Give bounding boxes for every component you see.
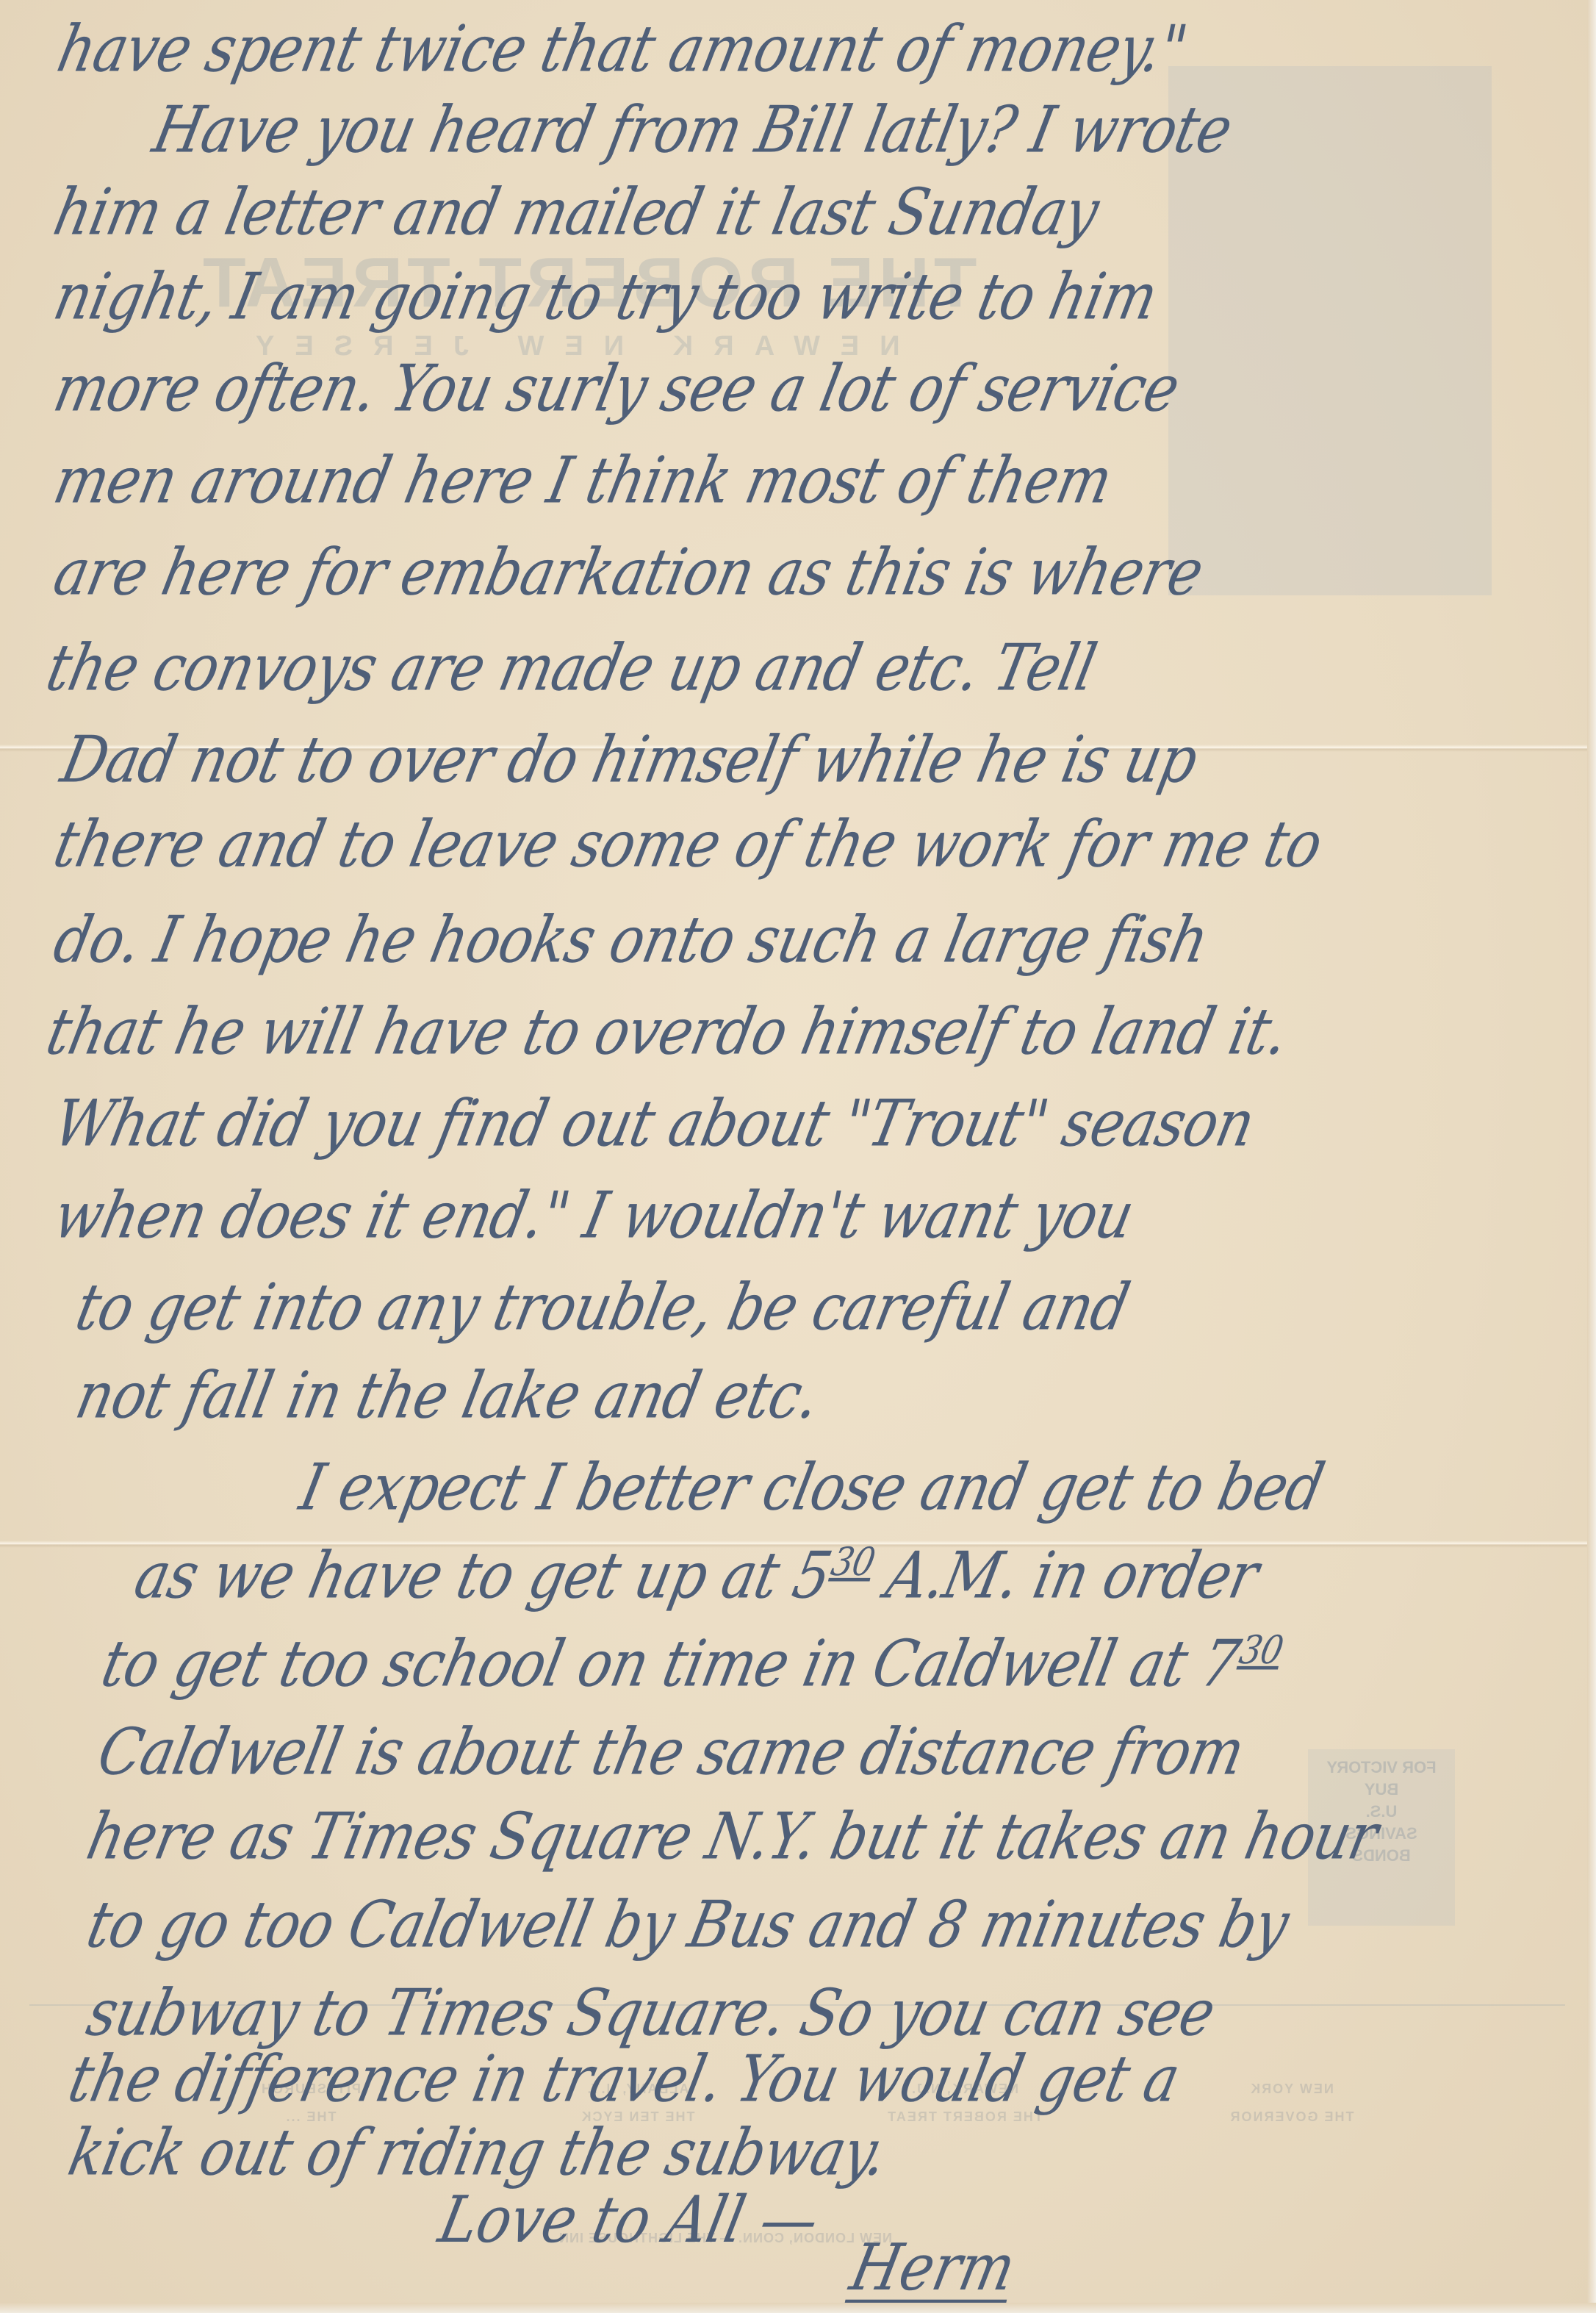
letter-line: Have you heard from Bill latly? I wrote — [147, 92, 1238, 167]
letter-line: as we have to get up at 530 A.M. in orde… — [129, 1538, 1265, 1613]
letter-line: more often. You surly see a lot of servi… — [48, 351, 1185, 426]
letter-line: there and to leave some of the work for … — [48, 806, 1329, 881]
letter-line: do. I hope he hooks onto such a large fi… — [48, 902, 1215, 977]
signature: Herm — [844, 2229, 1021, 2304]
letter-line: I expect I better close and get to bed — [294, 1449, 1330, 1524]
letter-line: here as Times Square N.Y. but it takes a… — [81, 1799, 1384, 1873]
letter-line: kick out of riding the subway. — [62, 2115, 893, 2190]
paper-edge-bottom — [0, 2303, 1596, 2313]
letter-line: the convoys are made up and etc. Tell — [40, 630, 1102, 705]
letter-line: have spent twice that amount of money." — [51, 11, 1193, 86]
letter-line: What did you find out about "Trout" seas… — [48, 1086, 1261, 1161]
letter-line: night, I am going to try too write to hi… — [48, 259, 1163, 334]
letter-line: Caldwell is about the same distance from — [92, 1714, 1251, 1789]
paper-edge-right — [1587, 0, 1596, 2313]
closing: Love to All — — [433, 2181, 825, 2256]
letter-line: to get into any trouble, be careful and — [70, 1269, 1135, 1344]
letter-line: are here for embarkation as this is wher… — [48, 534, 1209, 609]
letter-line: not fall in the lake and etc. — [70, 1358, 826, 1432]
letter-line: Dad not to over do himself while he is u… — [55, 722, 1204, 797]
letter-body: have spent twice that amount of money." … — [0, 0, 1596, 2313]
letter-line: when does it end." I wouldn't want you — [48, 1177, 1140, 1252]
letter-line: subway to Times Square. So you can see — [81, 1975, 1221, 2050]
letter-line: the difference in travel. You would get … — [62, 2041, 1186, 2116]
time-minutes: 30 — [1236, 1627, 1287, 1673]
letter-line: to get too school on time in Caldwell at… — [96, 1626, 1287, 1701]
letter-line: men around here I think most of them — [48, 442, 1118, 517]
letter-page: THE ROBERT TREAT NEWARK NEW JERSEY FOR V… — [0, 0, 1596, 2313]
letter-line: to go too Caldwell by Bus and 8 minutes … — [81, 1887, 1295, 1962]
letter-line: that he will have to overdo himself to l… — [40, 994, 1295, 1069]
letter-line: him a letter and mailed it last Sunday — [48, 174, 1105, 249]
